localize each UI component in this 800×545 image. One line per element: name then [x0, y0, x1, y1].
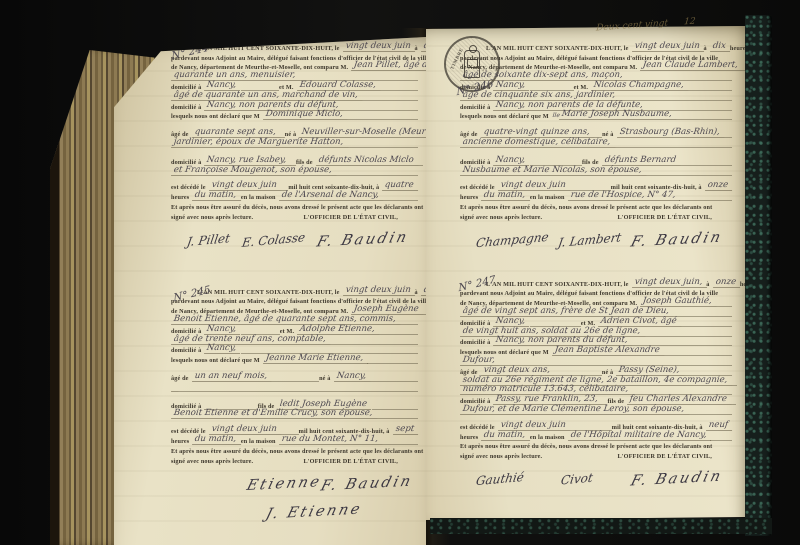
- handwritten-deceased-name: Dominique Miclo,: [263, 110, 348, 120]
- cover-left-edge: [50, 50, 59, 545]
- printed-label: L'AN MIL HUIT CENT SOIXANTE-DIX-HUIT, le: [197, 289, 343, 296]
- printed-closing: signé avec nous après lecture.: [171, 458, 256, 465]
- signatures: J. PilletE. ColasseF. Baudin: [171, 221, 418, 256]
- handwritten-death-hour: sept: [393, 425, 420, 435]
- rule-line: [367, 363, 418, 364]
- death-record-246: N° 246 L'AN MIL HUIT CENT SOIXANTE-DIX-H…: [460, 26, 732, 256]
- rule-line: [731, 404, 736, 405]
- printed-closing: signé avec nous après lecture.: [460, 453, 545, 460]
- handwritten-age: un an neuf mois,: [192, 372, 273, 382]
- form-line: signé avec nous après lecture.L'OFFICIER…: [460, 450, 732, 460]
- signature: J. Pillet: [186, 231, 231, 249]
- death-record-247: N° 247 L'AN MIL HUIT CENT SOIXANTE-DIX-H…: [460, 278, 732, 495]
- form-line: et Françoise Mougenot, son épouse,: [171, 166, 418, 176]
- rule-line: [347, 119, 418, 120]
- rule-line: [716, 306, 732, 307]
- signature: Civot: [560, 471, 594, 488]
- handwritten-death-place: de l'Arsenal de Nancy,: [279, 191, 384, 201]
- handwritten-death-place: rue du Montet, N° 11,: [279, 435, 384, 445]
- left-page: N° 244 L'AN MIL HUIT CENT SOIXANTE-DIX-H…: [114, 36, 426, 545]
- handwritten-hour: dix: [710, 42, 731, 52]
- book-cover-right-edge: [745, 15, 772, 536]
- printed-label: en la maison: [530, 194, 568, 201]
- signatures: GauthiéCivotF. Baudin: [460, 460, 732, 495]
- printed-closing: Et après nous être assuré du décès, nous…: [460, 204, 715, 211]
- officer-signature: F. Baudin: [628, 229, 724, 250]
- handwritten-death-hour: quatre: [382, 181, 419, 191]
- officer-label: L'OFFICIER DE L'ÉTAT CIVIL,: [618, 453, 712, 460]
- form-line: lesquels nous ont déclaré que MlleMarie …: [460, 111, 732, 121]
- rule-line: [330, 344, 418, 345]
- register-scan: N° 244 L'AN MIL HUIT CENT SOIXANTE-DIX-H…: [0, 0, 800, 545]
- form-line: lesquels nous ont déclaré que MJeanne Ma…: [171, 354, 418, 364]
- book-cover-bottom-edge: [430, 518, 772, 534]
- printed-closing: signé avec nous après lecture.: [460, 214, 545, 221]
- handwritten-hour: onze: [713, 278, 742, 288]
- signatures: ChampagneJ. LambertF. Baudin: [460, 221, 732, 256]
- form-line: signé avec nous après lecture.L'OFFICIER…: [171, 455, 418, 465]
- form-line: Dufour, et de Marie Clémentine Leroy, so…: [460, 405, 732, 415]
- printed-closing: Et après nous être assuré du décès, nous…: [171, 448, 426, 455]
- form-line: heuresdu matin,en la maisonrue du Montet…: [171, 435, 418, 445]
- handwritten-deceased-name: Marie Joseph Nusbaume,: [559, 110, 677, 120]
- handwritten-date: vingt deux juin: [343, 286, 416, 296]
- rule-line: [380, 90, 418, 91]
- handwritten-death-hour: onze: [705, 181, 734, 191]
- signatures: EtienneF. Baudin: [171, 465, 418, 500]
- rule-line: [689, 414, 733, 415]
- form-line: signé avec nous après lecture.L'OFFICIER…: [460, 211, 732, 221]
- handwritten-parents-cont: Dufour, et de Marie Clémentine Leroy, so…: [460, 405, 690, 415]
- form-line: Benoit Etienne et d'Emilie Crucy, son ép…: [171, 410, 418, 420]
- rule-line: [418, 165, 423, 166]
- handwritten-date: vingt deux juin: [632, 42, 705, 52]
- handwritten-parents-cont: Nusbaume et Marie Nicolas, son épouse,: [460, 166, 647, 176]
- rule-line: [178, 391, 418, 392]
- rule-line: [383, 200, 418, 201]
- printed-label: heures: [460, 434, 481, 441]
- rule-line: [377, 418, 418, 419]
- rule-line: [379, 334, 418, 335]
- printed-label: domicilié à: [171, 104, 204, 111]
- printed-label: L'AN MIL HUIT CENT SOIXANTE-DIX-HUIT, le: [486, 45, 632, 52]
- handwritten-death-ampm: du matin,: [192, 435, 242, 445]
- handwritten-occupation: jardinier, époux de Marguerite Hatton,: [171, 138, 349, 148]
- printed-label: heures: [171, 194, 192, 201]
- form-line: lesquels nous ont déclaré que MDominique…: [171, 111, 418, 121]
- form-line: L'AN MIL HUIT CENT SOIXANTE-DIX-HUIT, le…: [460, 278, 732, 288]
- rule-line: [664, 355, 732, 356]
- handwritten-birthplace: Strasbourg (Bas-Rhin),: [617, 128, 725, 138]
- officer-signature: F. Baudin: [314, 229, 410, 250]
- officer-signature: F. Baudin: [628, 469, 724, 490]
- handwritten-occupation: [171, 391, 178, 392]
- printed-label: en la maison: [241, 194, 279, 201]
- left-page-text: N° 244 L'AN MIL HUIT CENT SOIXANTE-DIX-H…: [114, 36, 426, 524]
- handwritten-occupation: ancienne domestique, célibataire,: [460, 138, 616, 148]
- form-line: heuresdu matin,en la maisonde l'Arsenal …: [171, 191, 418, 201]
- form-line: Et après nous être assuré du décès, nous…: [171, 201, 418, 211]
- rule-line: [400, 324, 418, 325]
- form-line: Et après nous être assuré du décès, nous…: [460, 201, 732, 211]
- form-line: signé avec nous après lecture.L'OFFICIER…: [171, 211, 418, 221]
- handwritten-declarant1: Jean Claude Lambert,: [640, 61, 743, 71]
- form-line: Nusbaume et Marie Nicolas, son épouse,: [460, 166, 732, 176]
- officer-signature: F. Baudin: [319, 473, 415, 494]
- signature: Gauthié: [475, 470, 525, 488]
- handwritten-death-hour: neuf: [706, 421, 734, 431]
- rule-line: [370, 381, 418, 382]
- printed-label: lesquels nous ont déclaré que M: [171, 357, 263, 364]
- rule-line: [336, 175, 418, 176]
- signature: J. Lambert: [557, 230, 622, 250]
- rule-line: [681, 326, 732, 327]
- officer-label: L'OFFICIER DE L'ÉTAT CIVIL,: [618, 214, 712, 221]
- form-line: heuresdu matin,en la maisonrue de l'Hosp…: [460, 191, 732, 201]
- rule-line: [680, 165, 732, 166]
- printed-closing: Et après nous être assuré du décès, nous…: [171, 204, 426, 211]
- handwritten-death-ampm: du matin,: [481, 191, 531, 201]
- handwritten-declarant1: Jean Pillet, âgé de: [351, 61, 438, 71]
- rule-line: [646, 175, 732, 176]
- handwritten-parents-cont: Benoit Etienne et d'Emilie Crucy, son ép…: [171, 409, 378, 419]
- form-line: Et après nous être assuré du décès, nous…: [171, 445, 418, 455]
- printed-label: domicilié à: [171, 347, 204, 354]
- rule-line: [676, 119, 732, 120]
- death-record-244: N° 244 L'AN MIL HUIT CENT SOIXANTE-DIX-H…: [171, 36, 418, 256]
- rule-line: [615, 147, 732, 148]
- signature: E. Colasse: [241, 230, 306, 250]
- printed-closing: signé avec nous après lecture.: [171, 214, 256, 221]
- signature: J. Etienne: [264, 501, 364, 522]
- handwritten-death-ampm: du matin,: [481, 431, 531, 441]
- printed-label: en la maison: [530, 434, 568, 441]
- form-line: [171, 382, 418, 392]
- rule-line: [362, 100, 418, 101]
- rule-line: [732, 385, 737, 386]
- handwritten-date: vingt deux juin,: [632, 278, 708, 288]
- rule-line: [688, 90, 732, 91]
- rule-line: [343, 110, 418, 111]
- handwritten-death-place: rue de l'Hospice, N° 47,: [568, 191, 681, 201]
- signatures-row2: J. Etienne: [171, 500, 418, 524]
- rule-line: [679, 200, 732, 201]
- handwritten-deceased-name: Jeanne Marie Etienne,: [263, 354, 369, 364]
- form-line: âgé deun an neuf mois,né àNancy,: [171, 372, 418, 382]
- form-line: ancienne domestique, célibataire,: [460, 138, 732, 148]
- rule-line: [645, 336, 732, 337]
- printed-label: lesquels nous ont déclaré que M: [460, 113, 552, 120]
- rule-line: [348, 147, 418, 148]
- printed-label: heures: [460, 194, 481, 201]
- right-page: TIMBRE N° 246 L'AN MIL HUIT CENT SOIXANT…: [426, 26, 746, 520]
- printed-closing: Et après nous être assuré du décès, nous…: [460, 443, 715, 450]
- rule-line: [710, 440, 732, 441]
- rule-line: [372, 409, 418, 410]
- handwritten-domicile2: Nancy,: [204, 344, 242, 354]
- printed-label: né à: [319, 375, 333, 382]
- officer-label: L'OFFICIER DE L'ÉTAT CIVIL,: [304, 458, 398, 465]
- printed-label: heures: [171, 438, 192, 445]
- rule-line: [271, 381, 319, 382]
- handwritten-declarant2-details: âgé de trente neuf ans, comptable,: [171, 335, 331, 345]
- printed-label: en la maison: [241, 438, 279, 445]
- handwritten-death-place: de l'Hôpital militaire de Nancy,: [568, 431, 712, 441]
- rule-line: [724, 137, 732, 138]
- rule-line: [382, 444, 418, 445]
- officer-label: L'OFFICIER DE L'ÉTAT CIVIL,: [304, 214, 398, 221]
- handwritten-date: vingt deux juin: [343, 42, 416, 52]
- handwritten-death-ampm: du matin,: [192, 191, 242, 201]
- signature: Etienne: [245, 473, 324, 493]
- form-line: lesquels nous ont déclaré que MJean Bapt…: [460, 346, 732, 356]
- printed-label: L'AN MIL HUIT CENT SOIXANTE-DIX-HUIT, le: [197, 45, 343, 52]
- folio-number: 12: [683, 16, 695, 27]
- form-line: Et après nous être assuré du décès, nous…: [460, 441, 732, 451]
- printed-label: domicilié à: [460, 339, 493, 346]
- printed-label: L'AN MIL HUIT CENT SOIXANTE-DIX-HUIT, le: [486, 281, 632, 288]
- right-page-text: N° 246 L'AN MIL HUIT CENT SOIXANTE-DIX-H…: [426, 26, 746, 495]
- form-line: L'AN MIL HUIT CENT SOIXANTE-DIX-HUIT, le…: [460, 42, 732, 52]
- form-line: heuresdu matin,en la maisonde l'Hôpital …: [460, 431, 732, 441]
- handwritten-parents-cont: et Françoise Mougenot, son épouse,: [171, 166, 337, 176]
- printed-label: âgé de: [171, 375, 192, 382]
- form-line: jardinier, époux de Marguerite Hatton,: [171, 138, 418, 148]
- printed-label: lesquels nous ont déclaré que M: [171, 113, 263, 120]
- death-record-245: N° 245 L'AN MIL HUIT CENT SOIXANTE-DIX-H…: [171, 286, 418, 524]
- printed-label: domicilié à: [460, 104, 493, 111]
- handwritten-birthplace: Nancy,: [334, 372, 372, 382]
- signature: Champagne: [475, 229, 550, 250]
- handwritten-deceased-name: Jean Baptiste Alexandre: [552, 346, 665, 356]
